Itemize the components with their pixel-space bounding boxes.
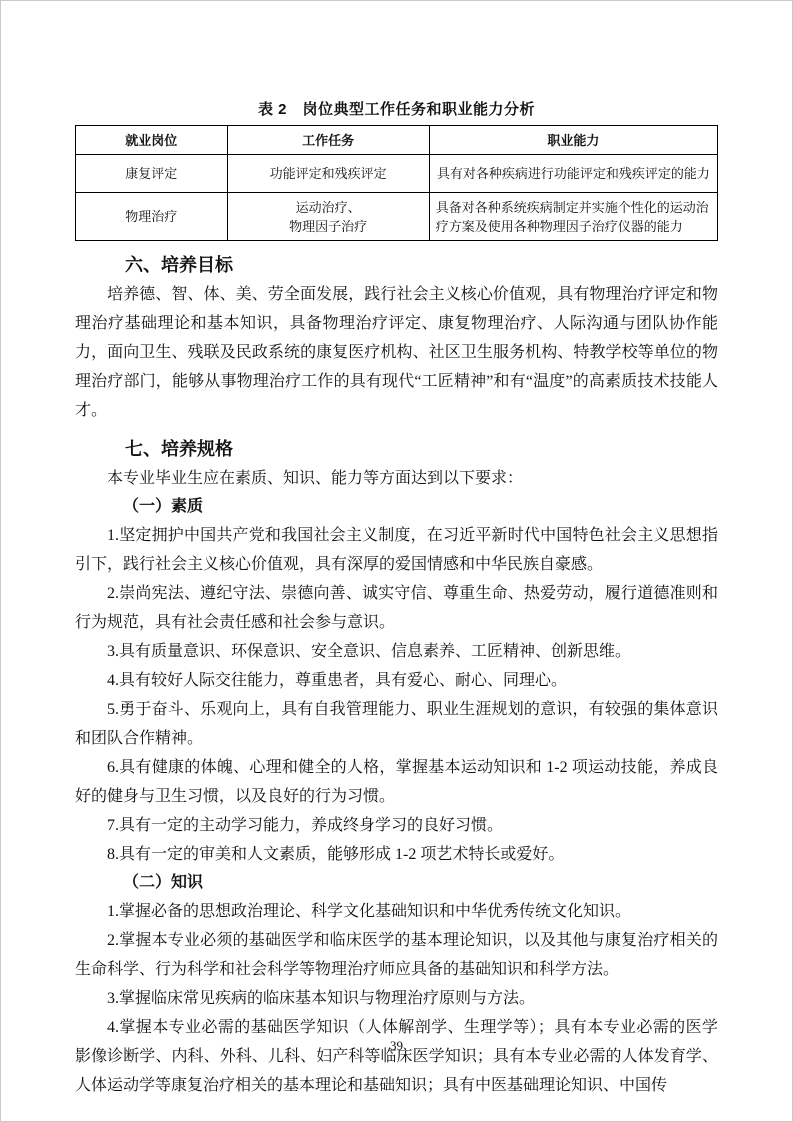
- section-heading-training-spec: 七、培养规格: [125, 437, 718, 461]
- cell-post: 物理治疗: [76, 193, 228, 241]
- task-line: 物理因子治疗: [234, 217, 423, 236]
- quality-item: 3.具有质量意识、环保意识、安全意识、信息素养、工匠精神、创新思维。: [75, 637, 718, 666]
- subsection-heading-quality: （一）素质: [123, 493, 718, 521]
- quality-item: 6.具有健康的体魄、心理和健全的人格，掌握基本运动知识和 1-2 项运动技能，养…: [75, 753, 718, 811]
- table-header-row: 就业岗位 工作任务 职业能力: [76, 126, 718, 155]
- header-work-task: 工作任务: [227, 126, 429, 155]
- quality-item: 2.崇尚宪法、遵纪守法、崇德向善、诚实守信、尊重生命、热爱劳动，履行道德准则和行…: [75, 579, 718, 637]
- table-row: 物理治疗 运动治疗、 物理因子治疗 具备对各种系统疾病制定并实施个性化的运动治疗…: [76, 193, 718, 241]
- quality-item: 4.具有较好人际交往能力，尊重患者，具有爱心、耐心、同理心。: [75, 666, 718, 695]
- task-line: 运动治疗、: [234, 198, 423, 217]
- header-vocational-ability: 职业能力: [429, 126, 717, 155]
- table-title: 表 2 岗位典型工作任务和职业能力分析: [75, 100, 718, 120]
- task-line: 功能评定和残疾评定: [234, 164, 423, 183]
- quality-item: 1.坚定拥护中国共产党和我国社会主义制度，在习近平新时代中国特色社会主义思想指引…: [75, 521, 718, 579]
- cell-task: 运动治疗、 物理因子治疗: [227, 193, 429, 241]
- cell-post: 康复评定: [76, 155, 228, 193]
- knowledge-item: 3.掌握临床常见疾病的临床基本知识与物理治疗原则与方法。: [75, 984, 718, 1013]
- training-goal-paragraph: 培养德、智、体、美、劳全面发展，践行社会主义核心价值观，具有物理治疗评定和物理治…: [75, 280, 718, 425]
- cell-task: 功能评定和残疾评定: [227, 155, 429, 193]
- document-page: 表 2 岗位典型工作任务和职业能力分析 就业岗位 工作任务 职业能力 康复评定 …: [0, 0, 793, 1122]
- page-number: 39: [0, 1038, 793, 1054]
- quality-item: 8.具有一定的审美和人文素质，能够形成 1-2 项艺术特长或爱好。: [75, 840, 718, 869]
- header-employment-post: 就业岗位: [76, 126, 228, 155]
- subsection-heading-knowledge: （二）知识: [123, 869, 718, 897]
- knowledge-item: 4.掌握本专业必需的基础医学知识（人体解剖学、生理学等）；具有本专业必需的医学影…: [75, 1013, 718, 1100]
- knowledge-item: 2.掌握本专业必须的基础医学和临床医学的基本理论知识，以及其他与康复治疗相关的生…: [75, 926, 718, 984]
- quality-item: 7.具有一定的主动学习能力，养成终身学习的良好习惯。: [75, 811, 718, 840]
- cell-ability: 具有对各种疾病进行功能评定和残疾评定的能力: [429, 155, 717, 193]
- quality-item: 5.勇于奋斗、乐观向上，具有自我管理能力、职业生涯规划的意识，有较强的集体意识和…: [75, 695, 718, 753]
- training-spec-intro: 本专业毕业生应在素质、知识、能力等方面达到以下要求：: [75, 464, 718, 493]
- jobs-analysis-table: 就业岗位 工作任务 职业能力 康复评定 功能评定和残疾评定 具有对各种疾病进行功…: [75, 125, 718, 241]
- knowledge-item: 1.掌握必备的思想政治理论、科学文化基础知识和中华优秀传统文化知识。: [75, 897, 718, 926]
- section-heading-training-goal: 六、培养目标: [125, 253, 718, 277]
- cell-ability: 具备对各种系统疾病制定并实施个性化的运动治疗方案及使用各种物理因子治疗仪器的能力: [429, 193, 717, 241]
- table-row: 康复评定 功能评定和残疾评定 具有对各种疾病进行功能评定和残疾评定的能力: [76, 155, 718, 193]
